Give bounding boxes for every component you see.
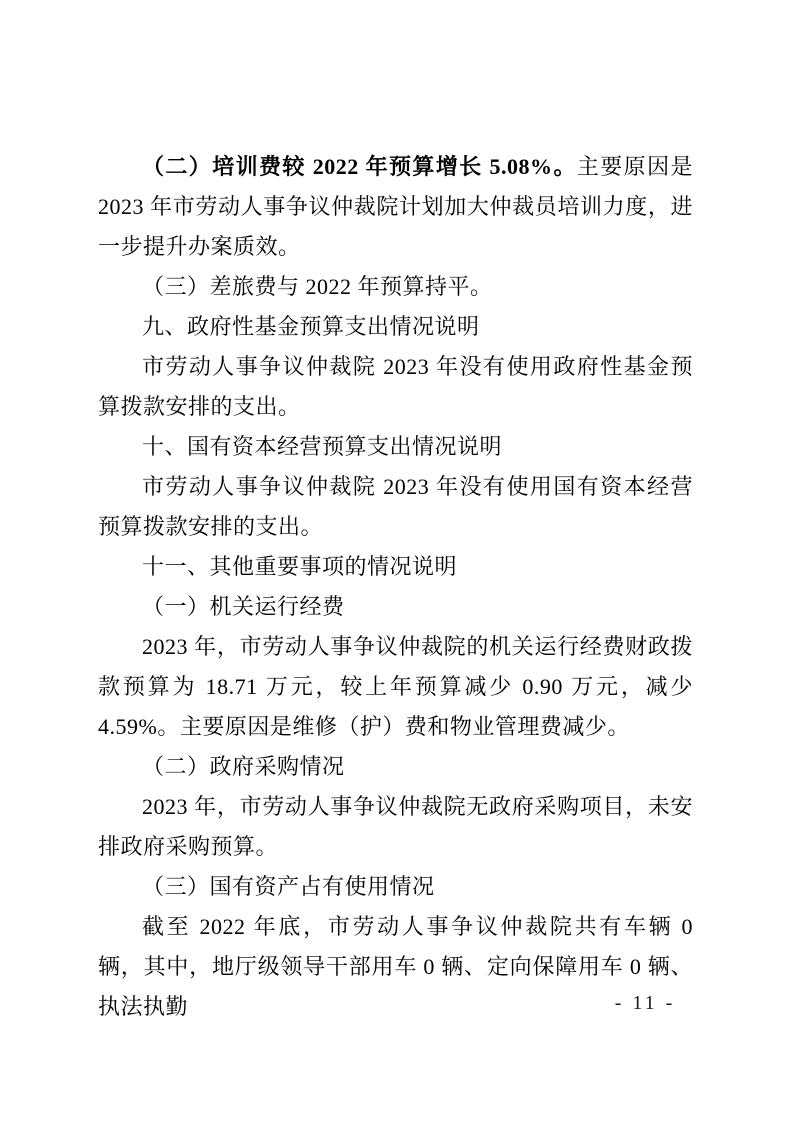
paragraph-gov-procurement: 2023 年，市劳动人事争议仲裁院无政府采购项目，未安排政府采购预算。 [98, 787, 693, 867]
subheading-state-assets-usage: （三）国有资产占有使用情况 [98, 867, 693, 907]
paragraph-training-fee-increase: （二）培训费较 2022 年预算增长 5.08%。主要原因是 2023 年市劳动… [98, 147, 693, 267]
heading-9-gov-fund-budget: 九、政府性基金预算支出情况说明 [98, 307, 693, 347]
heading-10-state-capital-budget: 十、国有资本经营预算支出情况说明 [98, 427, 693, 467]
document-page: （二）培训费较 2022 年预算增长 5.08%。主要原因是 2023 年市劳动… [0, 0, 793, 1122]
subheading-agency-operating-expense: （一）机关运行经费 [98, 587, 693, 627]
document-body: （二）培训费较 2022 年预算增长 5.08%。主要原因是 2023 年市劳动… [98, 147, 693, 1027]
page-number: - 11 - [570, 992, 720, 1015]
heading-11-other-important-items: 十一、其他重要事项的情况说明 [98, 547, 693, 587]
paragraph-training-fee-lead: （二）培训费较 2022 年预算增长 5.08%。 [142, 154, 577, 179]
paragraph-state-capital-budget: 市劳动人事争议仲裁院 2023 年没有使用国有资本经营预算拨款安排的支出。 [98, 467, 693, 547]
subheading-gov-procurement: （二）政府采购情况 [98, 747, 693, 787]
subheading-travel-expense: （三）差旅费与 2022 年预算持平。 [98, 267, 693, 307]
paragraph-gov-fund-budget: 市劳动人事争议仲裁院 2023 年没有使用政府性基金预算拨款安排的支出。 [98, 347, 693, 427]
paragraph-agency-operating-expense: 2023 年，市劳动人事争议仲裁院的机关运行经费财政拨款预算为 18.71 万元… [98, 627, 693, 747]
